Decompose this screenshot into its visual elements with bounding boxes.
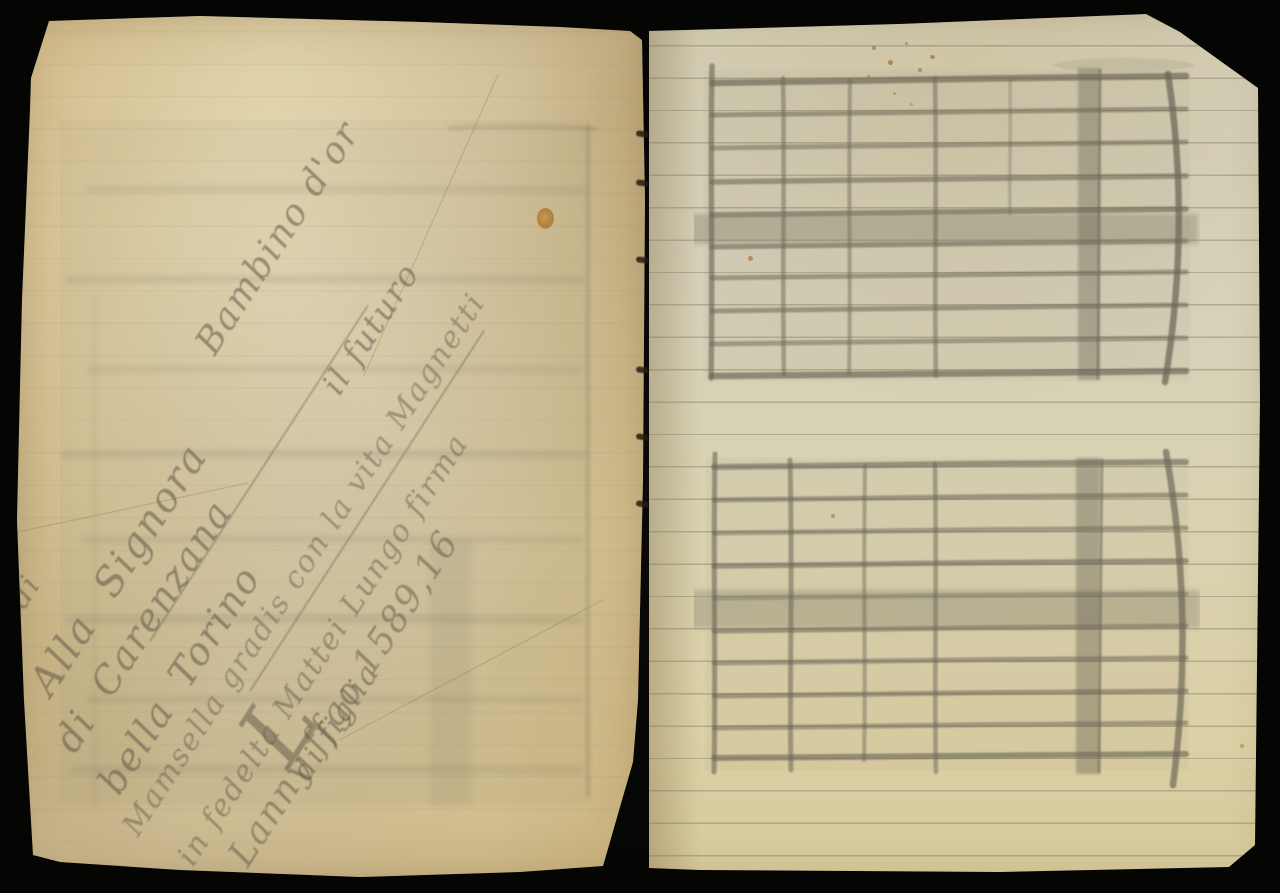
grid-drawing-lower <box>694 440 1200 790</box>
grid-drawing-upper <box>694 56 1200 396</box>
pencil-strokes <box>694 452 1200 785</box>
pencil-strokes <box>694 58 1198 382</box>
notebook-photograph: di Alla Signora di Carenzana bella Torin… <box>0 0 1280 893</box>
stain-spot <box>537 208 554 229</box>
left-page: di Alla Signora di Carenzana bella Torin… <box>0 0 660 893</box>
